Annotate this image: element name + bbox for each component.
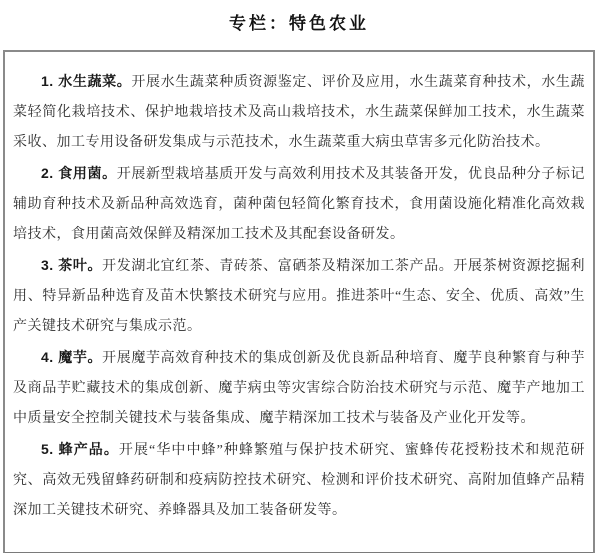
page-title: 专栏：特色农业 bbox=[0, 0, 598, 35]
paragraph-tea: 3. 茶叶。开发湖北宜红茶、青砖茶、富硒茶及精深加工茶产品。开展茶树资源挖掘利用… bbox=[13, 250, 585, 342]
paragraph-bee-products: 5. 蜂产品。开展“华中中蜂”种蜂繁殖与保护技术研究、蜜蜂传花授粉技术和规范研究… bbox=[13, 434, 585, 526]
paragraph-label: 3. 茶叶。 bbox=[41, 257, 102, 273]
paragraph-label: 1. 水生蔬菜。 bbox=[41, 73, 131, 89]
paragraph-edible-fungi: 2. 食用菌。开展新型栽培基质开发与高效利用技术及其装备开发，优良品种分子标记辅… bbox=[13, 158, 585, 250]
paragraph-konjac: 4. 魔芋。开展魔芋高效育种技术的集成创新及优良新品种培育、魔芋良种繁育与种芋及… bbox=[13, 342, 585, 434]
paragraph-label: 5. 蜂产品。 bbox=[41, 441, 119, 457]
paragraph-aquatic-vegetables: 1. 水生蔬菜。开展水生蔬菜种质资源鉴定、评价及应用，水生蔬菜育种技术，水生蔬菜… bbox=[13, 66, 585, 158]
paragraph-label: 2. 食用菌。 bbox=[41, 165, 117, 181]
feature-agriculture-box: 1. 水生蔬菜。开展水生蔬菜种质资源鉴定、评价及应用，水生蔬菜育种技术，水生蔬菜… bbox=[3, 50, 595, 553]
paragraph-label: 4. 魔芋。 bbox=[41, 349, 102, 365]
document-page: 专栏：特色农业 1. 水生蔬菜。开展水生蔬菜种质资源鉴定、评价及应用，水生蔬菜育… bbox=[0, 0, 598, 553]
